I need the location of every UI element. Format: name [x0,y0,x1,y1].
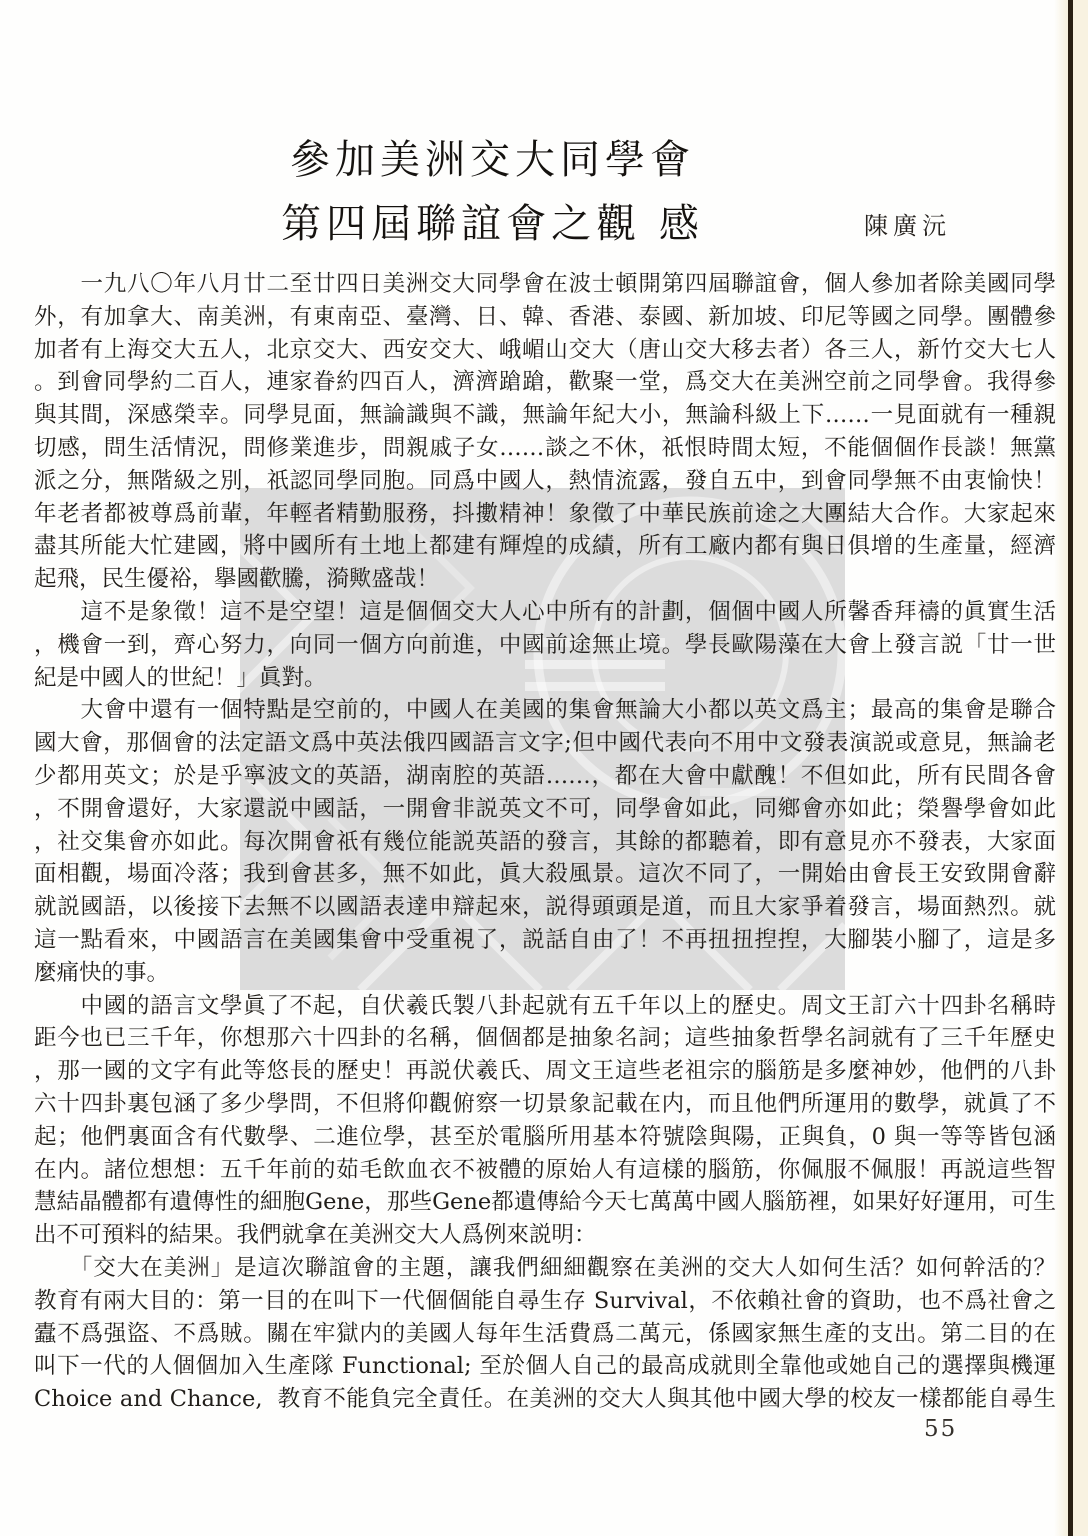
text-line: 國大會，那個會的法定語文爲中英法俄四國語言文字;但中國代表向不用中文發表演説或意… [34,727,1056,760]
page-number: 55 [924,1416,957,1442]
page-edge-line [1068,0,1073,1536]
text-line: 派之分，無階級之別，祇認同學同胞。同爲中國人，熱情流露，發自五中，到會同學無不由… [34,465,1056,498]
document-title: 參加美洲交大同學會 第四屆聯誼會之觀 感 [0,128,985,256]
author-name: 陳廣沅 [864,206,951,241]
text-line: 這一點看來，中國語言在美國集會中受重視了，説話自由了！不再扭扭揑揑，大腳裝小腳了… [34,924,1056,957]
text-line: 與其間，深感榮幸。同學見面，無論識與不識，無論年紀大小，無論科級上下……一見面就… [34,399,1056,432]
document-title-line2: 第四屆聯誼會之觀 感 [0,192,985,256]
text-line: Choice and Chance, 教育不能負完全責任。在美洲的交大人與其他中… [34,1383,1056,1416]
text-line: 叫下一代的人個個加入生產隊 Functional; 至於個人自己的最高成就則全靠… [34,1350,1056,1383]
text-line: 六十四卦裏包涵了多少學問，不但將仰觀俯察一切景象記載在内，而且他們所運用的數學，… [34,1088,1056,1121]
text-line: 大會中還有一個特點是空前的，中國人在美國的集會無論大小都以英文爲主；最高的集會是… [34,694,1056,727]
text-line: 蠹不爲强盜、不爲賊。關在牢獄内的美國人每年生活費爲二萬元，係國家無生產的支出。第… [34,1318,1056,1351]
text-line: 慧結晶體都有遺傳性的細胞Gene，那些Gene都遺傳給今天七萬萬中國人腦筋裡，如… [34,1186,1056,1219]
text-line: 在内。諸位想想：五千年前的茹毛飲血衣不被體的原始人有這樣的腦筋，你佩服不佩服！再… [34,1154,1056,1187]
text-line: 一九八〇年八月廿二至廿四日美洲交大同學會在波士頓開第四屆聯誼會，個人參加者除美國… [34,268,1056,301]
text-line: ，機會一到，齊心努力，向同一個方向前進，中國前途無止境。學長歐陽藻在大會上發言説… [34,629,1056,662]
scanned-page: 參加美洲交大同學會 第四屆聯誼會之觀 感 陳廣沅 一九八〇年八月廿二至廿四日美洲… [0,0,1088,1536]
text-line: 切感，問生活情況，問修業進步，問親戚子女……談之不休，祇恨時間太短，不能個個作長… [34,432,1056,465]
text-line: 「交大在美洲」是這次聯誼會的主題，讓我們細細觀察在美洲的交大人如何生活？如何幹活… [34,1252,1056,1285]
text-line: 起；他們裏面含有代數學、二進位學，甚至於電腦所用基本符號陰與陽，正與負，0 與一… [34,1121,1056,1154]
page-edge-shadow [1054,0,1088,1536]
text-line: 加者有上海交大五人，北京交大、西安交大、峨嵋山交大（唐山交大移去者）各三人，新竹… [34,334,1056,367]
text-line: 年老者都被尊爲前輩，年輕者精勤服務，抖擻精神！象徵了中華民族前途之大團結大合作。… [34,498,1056,531]
body-text: 一九八〇年八月廿二至廿四日美洲交大同學會在波士頓開第四屆聯誼會，個人參加者除美國… [34,268,1056,1416]
text-line: 盡其所能大忙建國，將中國所有土地上都建有輝煌的成績，所有工廠内都有與日俱增的生產… [34,530,1056,563]
text-line: 外，有加拿大、南美洲，有東南亞、臺灣、日、韓、香港、泰國、新加坡、印尼等國之同學… [34,301,1056,334]
page-edge-paper [1073,0,1088,1536]
text-line: ，社交集會亦如此。每次開會祇有幾位能説英語的發言，其餘的都聽着，即有意見亦不發表… [34,826,1056,859]
text-line: 起飛，民生優裕，擧國歡騰，漪歟盛哉！ [34,563,1056,596]
text-line: 出不可預料的結果。我們就拿在美洲交大人爲例來説明： [34,1219,1056,1252]
text-line: ，那一國的文字有此等悠長的歷史！再説伏羲氏、周文王這些老祖宗的腦筋是多麼神妙，他… [34,1055,1056,1088]
text-line: 。到會同學約二百人，連家眷約四百人，濟濟蹌蹌，歡聚一堂，爲交大在美洲空前之同學會… [34,366,1056,399]
text-line: 中國的語言文學眞了不起，自伏羲氏製八卦起就有五千年以上的歷史。周文王訂六十四卦名… [34,990,1056,1023]
text-line: ，不開會還好，大家還説中國話，一開會非説英文不可，同學會如此，同鄉會亦如此；榮譽… [34,793,1056,826]
text-line: 少都用英文；於是乎寧波文的英語，湖南腔的英語……，都在大會中獻醜！不但如此，所有… [34,760,1056,793]
document-title-line1: 參加美洲交大同學會 [0,128,985,192]
text-line: 就説國語，以後接下去無不以國語表達申辯起來，説得頭頭是道，而且大家爭着發言，場面… [34,891,1056,924]
text-line: 面相觀，場面冷落；我到會甚多，無不如此，眞大殺風景。這次不同了，一開始由會長王安… [34,858,1056,891]
text-line: 距今也已三千年，你想那六十四卦的名稱，個個都是抽象名詞；這些抽象哲學名詞就有了三… [34,1022,1056,1055]
text-line: 麼痛快的事。 [34,957,1056,990]
text-line: 教育有兩大目的：第一目的在叫下一代個個能自尋生存 Survival，不依賴社會的… [34,1285,1056,1318]
text-line: 這不是象徵！這不是空望！這是個個交大人心中所有的計劃，個個中國人所馨香拜禱的眞實… [34,596,1056,629]
text-line: 紀是中國人的世紀！」眞對。 [34,662,1056,695]
